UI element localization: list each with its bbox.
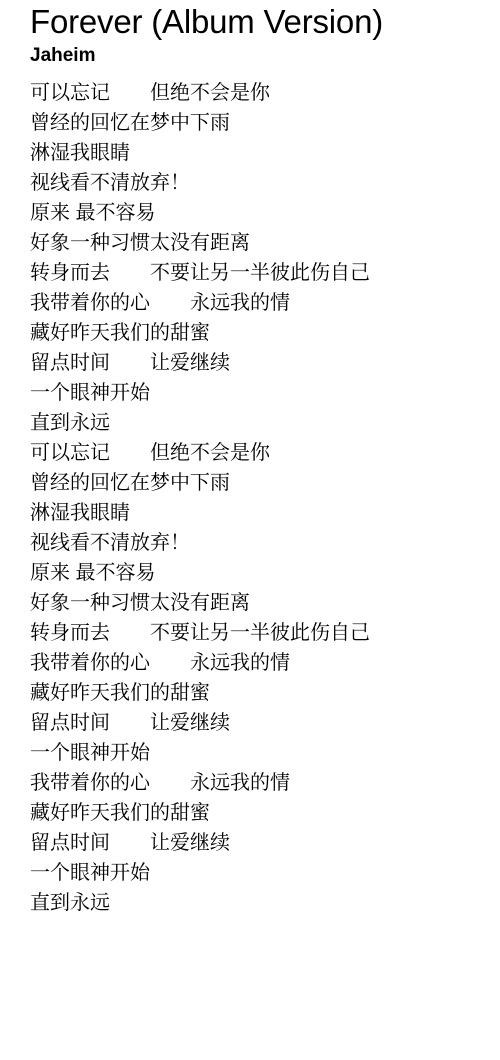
lyric-line: 留点时间 让爱继续 — [30, 828, 490, 858]
lyric-line: 淋湿我眼睛 — [30, 138, 490, 168]
lyric-line: 留点时间 让爱继续 — [30, 348, 490, 378]
lyric-line: 一个眼神开始 — [30, 738, 490, 768]
lyric-line: 一个眼神开始 — [30, 378, 490, 408]
lyric-line: 曾经的回忆在梦中下雨 — [30, 108, 490, 138]
lyric-line: 原来 最不容易 — [30, 558, 490, 588]
lyrics-page: Forever (Album Version) Jaheim 可以忘记 但绝不会… — [0, 0, 500, 918]
lyric-line: 转身而去 不要让另一半彼此伤自己 — [30, 258, 490, 288]
lyric-line: 一个眼神开始 — [30, 858, 490, 888]
song-title: Forever (Album Version) — [30, 0, 490, 42]
lyric-line: 我带着你的心 永远我的情 — [30, 648, 490, 678]
lyric-line: 我带着你的心 永远我的情 — [30, 288, 490, 318]
lyric-line: 藏好昨天我们的甜蜜 — [30, 798, 490, 828]
lyric-line: 视线看不清放弃！ — [30, 528, 490, 558]
lyric-line: 藏好昨天我们的甜蜜 — [30, 318, 490, 348]
lyric-line: 曾经的回忆在梦中下雨 — [30, 468, 490, 498]
lyric-line: 好象一种习惯太没有距离 — [30, 588, 490, 618]
lyric-line: 我带着你的心 永远我的情 — [30, 768, 490, 798]
lyric-line: 可以忘记 但绝不会是你 — [30, 438, 490, 468]
lyric-line: 淋湿我眼睛 — [30, 498, 490, 528]
lyric-line: 直到永远 — [30, 408, 490, 438]
lyric-line: 原来 最不容易 — [30, 198, 490, 228]
lyric-line: 转身而去 不要让另一半彼此伤自己 — [30, 618, 490, 648]
lyric-line: 直到永远 — [30, 888, 490, 918]
lyric-line: 留点时间 让爱继续 — [30, 708, 490, 738]
lyric-line: 藏好昨天我们的甜蜜 — [30, 678, 490, 708]
lyric-line: 可以忘记 但绝不会是你 — [30, 78, 490, 108]
lyric-line: 视线看不清放弃！ — [30, 168, 490, 198]
lyric-line: 好象一种习惯太没有距离 — [30, 228, 490, 258]
artist-name: Jaheim — [30, 44, 490, 68]
lyrics-container: 可以忘记 但绝不会是你曾经的回忆在梦中下雨淋湿我眼睛视线看不清放弃！原来 最不容… — [30, 78, 490, 918]
